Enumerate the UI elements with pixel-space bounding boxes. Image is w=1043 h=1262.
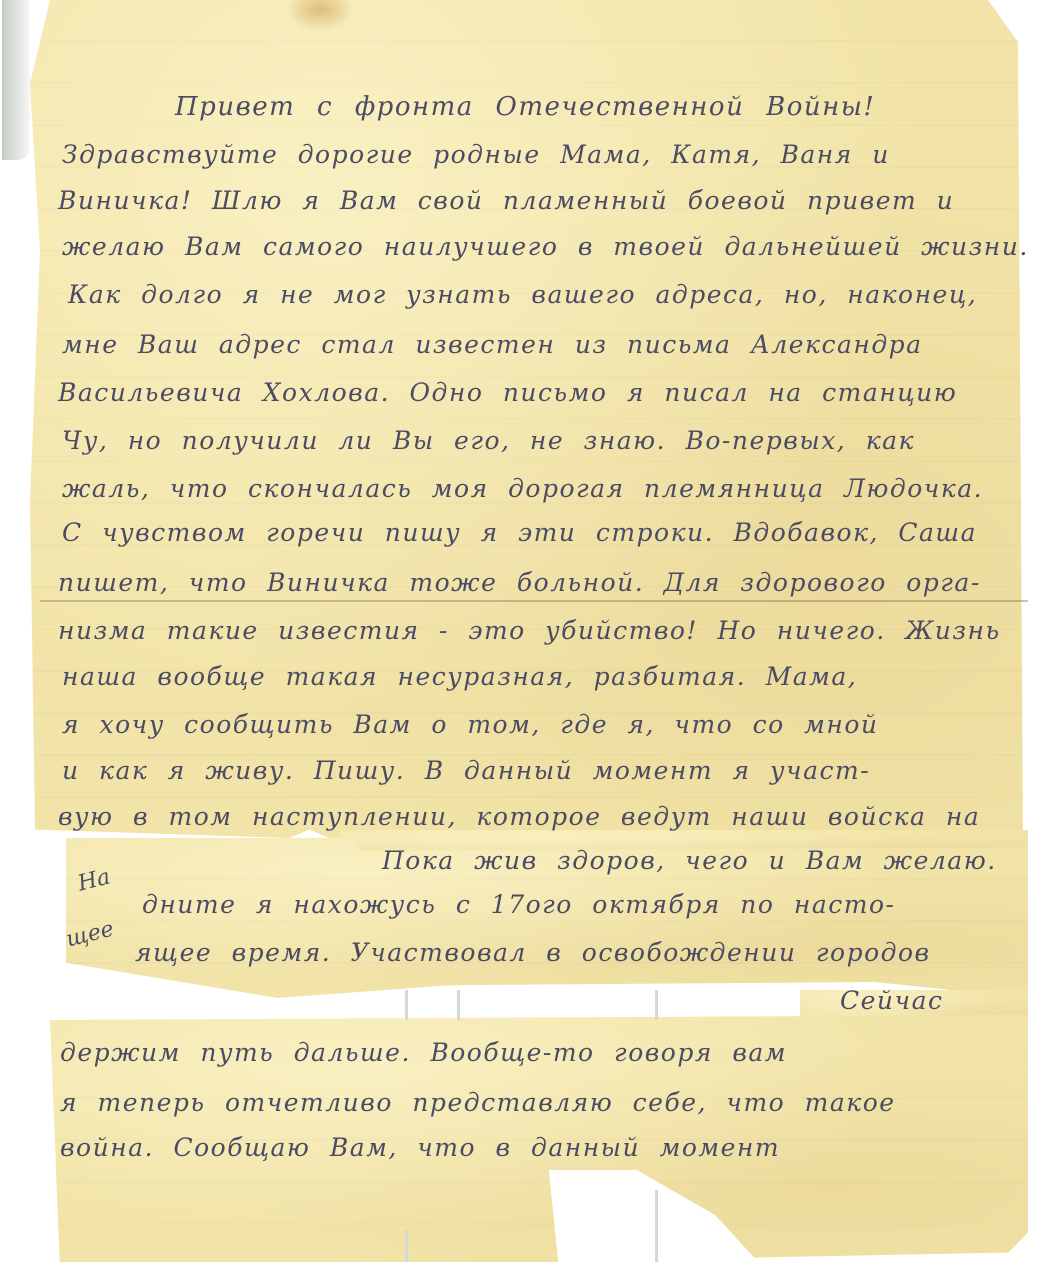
fragment-line: Пока жив здоров, чего и Вам желаю. — [382, 848, 997, 873]
letter-line: я хочу сообщить Вам о том, где я, что со… — [62, 712, 879, 737]
scanner-gap — [457, 990, 460, 1020]
scanner-gap — [405, 1230, 408, 1262]
letter-title: Привет с фронта Отечественной Войны! — [175, 94, 875, 120]
letter-line: Чу, но получили ли Вы его, не знаю. Во-п… — [62, 428, 915, 453]
scanner-gap — [405, 990, 408, 1020]
letter-line: жаль, что скончалась моя дорогая племянн… — [62, 476, 983, 501]
letter-line: Виничка! Шлю я Вам свой пламенный боевой… — [58, 188, 954, 213]
letter-line: С чувством горечи пишу я эти строки. Вдо… — [62, 520, 977, 545]
scanner-gap — [655, 990, 658, 1020]
letter-line: и как я живу. Пишу. В данный момент я уч… — [62, 758, 870, 783]
fragment-line: ящее время. Участвовал в освобождении го… — [135, 940, 931, 965]
letter-line: Здравствуйте дорогие родные Мама, Катя, … — [62, 142, 890, 167]
letter-line: Как долго я не мог узнать вашего адреса,… — [68, 282, 977, 307]
torn-edge-mark — [2, 0, 30, 160]
letter-line: пишет, что Виничка тоже больной. Для здо… — [58, 570, 981, 595]
paper-fold-line — [40, 600, 1028, 602]
fragment-line: Сейчас — [840, 988, 943, 1013]
letter-line: Васильевича Хохлова. Одно письмо я писал… — [58, 380, 957, 405]
letter-line: мне Ваш адрес стал известен из письма Ал… — [62, 332, 923, 357]
fragment-line: дните я нахожусь с 17ого октября по наст… — [142, 892, 895, 917]
fragment-line: держим путь дальше. Вообще-то говоря вам — [60, 1040, 787, 1065]
scanner-gap — [655, 1190, 658, 1262]
fragment-line: война. Сообщаю Вам, что в данный момент — [60, 1135, 780, 1160]
letter-line: вую в том наступлении, которое ведут наш… — [58, 804, 980, 829]
letter-line: желаю Вам самого наилучшего в твоей даль… — [62, 234, 1029, 259]
fragment-line: я теперь отчетливо представляю себе, что… — [60, 1090, 896, 1115]
letter-line: низма такие известия - это убийство! Но … — [58, 618, 1001, 643]
scanned-letter: Привет с фронта Отечественной Войны! Здр… — [0, 0, 1043, 1262]
letter-line: наша вообще такая несуразная, разбитая. … — [62, 664, 857, 689]
